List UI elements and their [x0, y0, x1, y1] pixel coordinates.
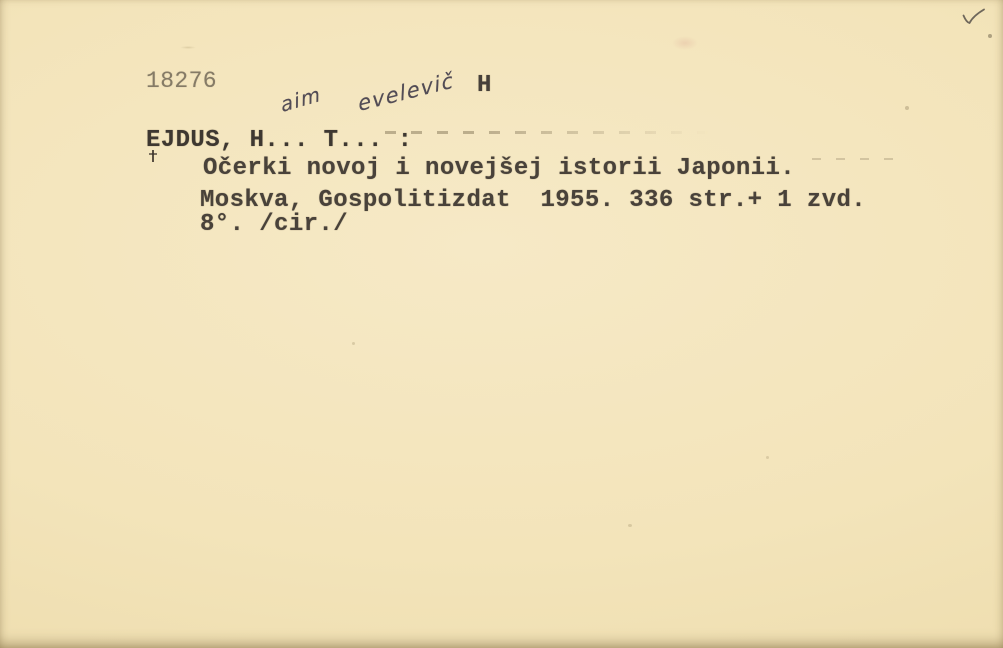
paper-smudge — [180, 46, 196, 49]
paper-smudge — [672, 36, 698, 50]
format-line: 8°. /cir./ — [200, 211, 348, 238]
typed-mark-under-initial — [149, 150, 157, 163]
paper-speck — [988, 34, 992, 38]
paper-speck — [766, 456, 769, 459]
imprint-line: Moskva, Gospolitizdat 1955. 336 str.+ 1 … — [200, 187, 866, 214]
paper-speck — [628, 524, 632, 527]
paper-speck — [905, 106, 909, 110]
title-line: Očerki novoj i novejšej istorii Japonii. — [203, 155, 795, 182]
paper-speck — [352, 342, 355, 345]
author-heading: EJDUS, H... T... : — [146, 127, 412, 154]
classification-letter: H — [477, 72, 492, 99]
checkmark-icon — [961, 7, 987, 27]
faded-dotted-rule — [385, 131, 710, 134]
faded-dotted-rule — [812, 158, 902, 160]
catalog-number: 18276 — [146, 68, 217, 94]
catalog-card: 18276 aim evelevič H EJDUS, H... T... : … — [0, 0, 1003, 648]
handwritten-patronymic-completion: evelevič — [357, 68, 456, 116]
handwritten-name-completion: aim — [279, 82, 323, 117]
